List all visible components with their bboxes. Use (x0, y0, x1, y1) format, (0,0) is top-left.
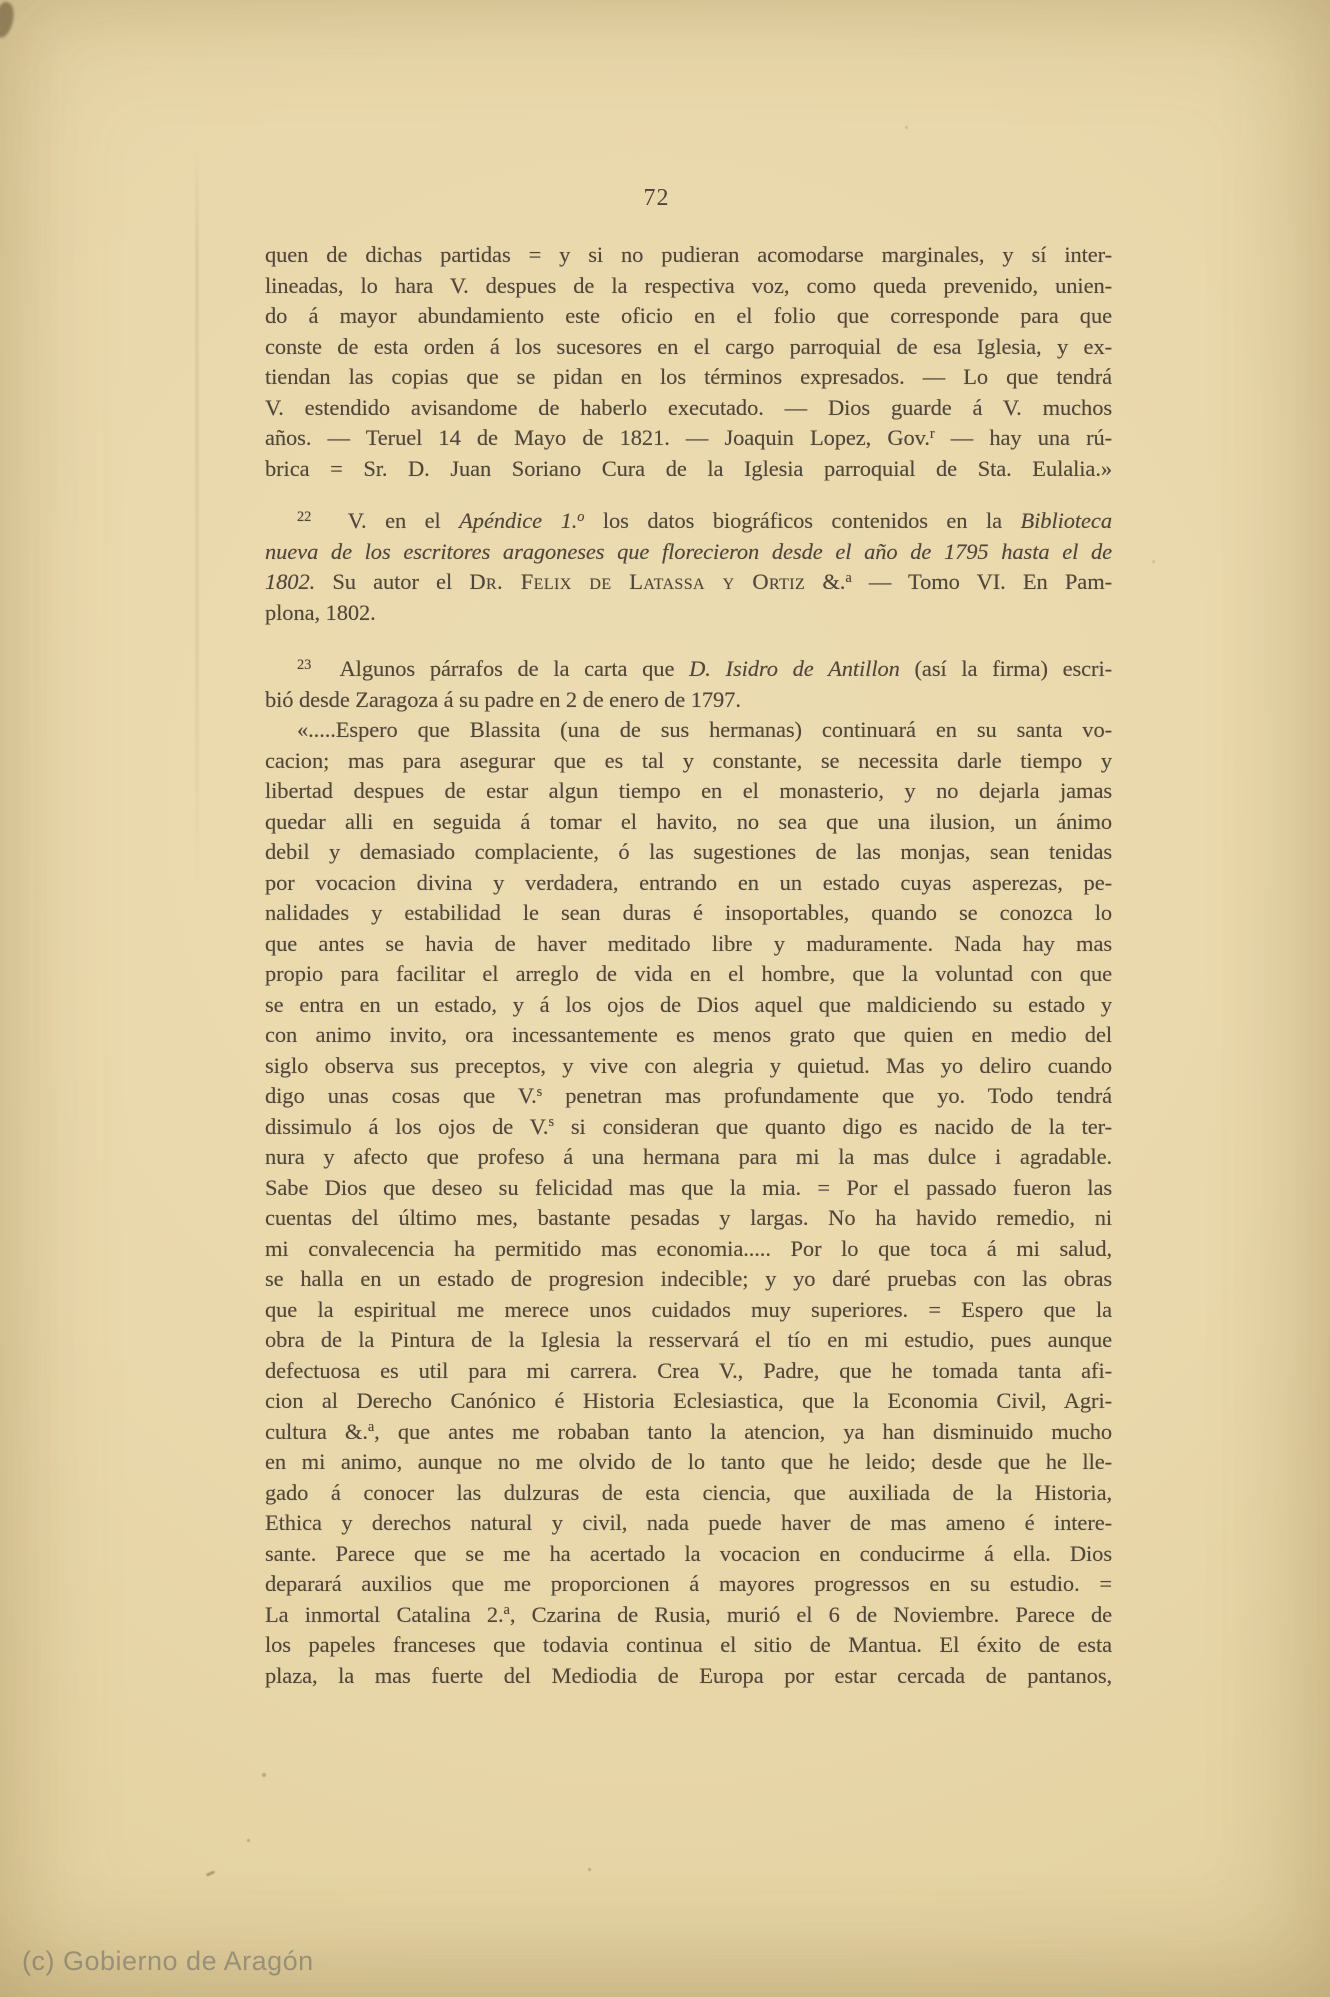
text-segment: plaza, la mas fuerte del Mediodia de Eur… (265, 1663, 1112, 1688)
text-segment: — Tomo VI. En Pam- (852, 569, 1112, 594)
text-segment: propio para facilitar el arreglo de vida… (265, 961, 1112, 986)
text-line: siglo observa sus preceptos, y vive con … (265, 1051, 1112, 1082)
page-number: 72 (233, 185, 1080, 212)
text-line: libertad despues de estar algun tiempo e… (265, 776, 1112, 807)
text-segment: deparará auxilios que me proporcionen á … (265, 1571, 1112, 1596)
book-page-scan: 72 quen de dichas partidas = y si no pud… (0, 0, 1330, 1997)
text-segment: do á mayor abundamiento este oficio en e… (265, 303, 1112, 328)
text-segment: sante. Parece que se me ha acertado la v… (265, 1541, 1112, 1566)
text-line: debil y demasiado complaciente, ó las su… (265, 837, 1112, 868)
text-segment: dissimulo á los ojos de V. (265, 1114, 548, 1139)
paper-speck (262, 1773, 266, 1777)
text-segment: nura y afecto que profeso á una hermana … (265, 1144, 1112, 1169)
text-line: 1802. Su autor el Dr. Felix de Latassa y… (265, 567, 1112, 598)
text-segment: libertad despues de estar algun tiempo e… (265, 778, 1112, 803)
text-line: digo unas cosas que V.s penetran mas pro… (265, 1081, 1112, 1112)
text-segment-i: 1802. (265, 569, 315, 594)
text-segment-sup: s (537, 1084, 543, 1100)
text-segment: , que antes me robaban tanto la atencion… (374, 1419, 1112, 1444)
text-segment: &. (805, 569, 845, 594)
text-segment: quedar alli en seguida á tomar el havito… (265, 809, 1112, 834)
text-segment-sup: 23 (297, 657, 311, 673)
text-line: nalidades y estabilidad le sean duras é … (265, 898, 1112, 929)
text-segment: que antes se havia de haver meditado lib… (265, 931, 1112, 956)
text-segment: cacion; mas para asegurar que es tal y c… (265, 748, 1112, 773)
text-line: cultura &.a, que antes me robaban tanto … (265, 1417, 1112, 1448)
text-segment: gado á conocer las dulzuras de esta cien… (265, 1480, 1112, 1505)
text-line: se entra en un estado, y á los ojos de D… (265, 990, 1112, 1021)
text-segment-i: nueva de los escritores aragoneses que f… (265, 539, 1112, 564)
letter-1797-excerpt: «.....Espero que Blassita (una de sus he… (265, 715, 1112, 1691)
footnote-22: 22 V. en el Apéndice 1.o los datos biogr… (265, 506, 1112, 628)
text-segment-sup: a (504, 1602, 510, 1618)
text-segment: , Czarina de Rusia, murió el 6 de Noviem… (510, 1602, 1112, 1627)
text-segment-isup: o (577, 509, 584, 525)
text-segment: penetran mas profundamente que yo. Todo … (542, 1083, 1112, 1108)
text-segment: si consideran que quanto digo es nacido … (554, 1114, 1112, 1139)
text-segment: lineadas, lo hara V. despues de la respe… (265, 273, 1112, 298)
text-line: en mi animo, aunque no me olvido de lo t… (265, 1447, 1112, 1478)
text-segment: bió desde Zaragoza á su padre en 2 de en… (265, 687, 741, 712)
text-line: do á mayor abundamiento este oficio en e… (265, 301, 1112, 332)
text-segment-sup: a (368, 1419, 374, 1435)
text-segment: brica = Sr. D. Juan Soriano Cura de la I… (265, 456, 1112, 481)
text-line: tiendan las copias que se pidan en los t… (265, 362, 1112, 393)
text-line: plaza, la mas fuerte del Mediodia de Eur… (265, 1661, 1112, 1692)
text-segment: en mi animo, aunque no me olvido de lo t… (265, 1449, 1112, 1474)
text-segment: V. en el (311, 508, 459, 533)
text-segment: plona, 1802. (265, 600, 376, 625)
text-segment: con animo invito, ora incessantemente es… (265, 1022, 1112, 1047)
text-segment: siglo observa sus preceptos, y vive con … (265, 1053, 1112, 1078)
text-segment: Algunos párrafos de la carta que (311, 656, 689, 681)
text-line: cion al Derecho Canónico é Historia Ecle… (265, 1386, 1112, 1417)
text-segment-i: D. Isidro de Antillon (689, 656, 900, 681)
text-line: los papeles franceses que todavia contin… (265, 1630, 1112, 1661)
footnote-23-intro: 23 Algunos párrafos de la carta que D. I… (265, 654, 1112, 715)
text-segment-sup: r (930, 426, 935, 442)
text-line: bió desde Zaragoza á su padre en 2 de en… (265, 685, 1112, 716)
letter-1821-continuation: quen de dichas partidas = y si no pudier… (265, 240, 1112, 484)
text-line: cacion; mas para asegurar que es tal y c… (265, 746, 1112, 777)
text-segment: se halla en un estado de progresion inde… (265, 1266, 1112, 1291)
text-segment: cultura &. (265, 1419, 368, 1444)
text-segment: años. — Teruel 14 de Mayo de 1821. — Joa… (265, 425, 930, 450)
text-line: años. — Teruel 14 de Mayo de 1821. — Joa… (265, 423, 1112, 454)
paper-speck (206, 1870, 215, 1877)
text-segment: cuentas del último mes, bastante pesadas… (265, 1205, 1112, 1230)
scan-corner-blemish (0, 0, 18, 40)
paper-speck (905, 126, 908, 129)
text-segment: obra de la Pintura de la Iglesia la ress… (265, 1327, 1112, 1352)
text-segment-i: Biblioteca (1021, 508, 1112, 533)
text-line: cuentas del último mes, bastante pesadas… (265, 1203, 1112, 1234)
text-segment: nalidades y estabilidad le sean duras é … (265, 900, 1112, 925)
text-line: mi convalecencia ha permitido mas econom… (265, 1234, 1112, 1265)
text-line: brica = Sr. D. Juan Soriano Cura de la I… (265, 454, 1112, 485)
text-segment-sup: s (548, 1114, 554, 1130)
text-line: 23 Algunos párrafos de la carta que D. I… (265, 654, 1112, 685)
paper-crease (196, 150, 198, 890)
text-segment: «.....Espero que Blassita (una de sus he… (297, 717, 1112, 742)
text-line: dissimulo á los ojos de V.s si considera… (265, 1112, 1112, 1143)
text-segment: defectuosa es util para mi carrera. Crea… (265, 1358, 1112, 1383)
text-line: conste de esta orden á los sucesores en … (265, 332, 1112, 363)
copyright-watermark: (c) Gobierno de Aragón (22, 1946, 314, 1977)
text-line: La inmortal Catalina 2.a, Czarina de Rus… (265, 1600, 1112, 1631)
text-segment: los papeles franceses que todavia contin… (265, 1632, 1112, 1657)
text-line: defectuosa es util para mi carrera. Crea… (265, 1356, 1112, 1387)
paper-speck (588, 1868, 591, 1871)
text-line: gado á conocer las dulzuras de esta cien… (265, 1478, 1112, 1509)
text-segment: digo unas cosas que V. (265, 1083, 537, 1108)
text-segment: tiendan las copias que se pidan en los t… (265, 364, 1112, 389)
text-segment: Sabe Dios que deseo su felicidad mas que… (265, 1175, 1112, 1200)
text-line: 22 V. en el Apéndice 1.o los datos biogr… (265, 506, 1112, 537)
text-segment: por vocacion divina y verdadera, entrand… (265, 870, 1112, 895)
text-line: obra de la Pintura de la Iglesia la ress… (265, 1325, 1112, 1356)
text-line: V. estendido avisandome de haberlo execu… (265, 393, 1112, 424)
text-segment-sc: Dr. Felix de Latassa y Ortiz (469, 569, 805, 594)
text-line: propio para facilitar el arreglo de vida… (265, 959, 1112, 990)
text-block: quen de dichas partidas = y si no pudier… (265, 240, 1112, 1691)
text-segment: se entra en un estado, y á los ojos de D… (265, 992, 1112, 1017)
text-segment: mi convalecencia ha permitido mas econom… (265, 1236, 1112, 1261)
text-line: quedar alli en seguida á tomar el havito… (265, 807, 1112, 838)
text-segment: V. estendido avisandome de haberlo execu… (265, 395, 1112, 420)
text-line: Ethica y derechos natural y civil, nada … (265, 1508, 1112, 1539)
text-segment-sup: 22 (297, 509, 311, 525)
text-line: sante. Parece que se me ha acertado la v… (265, 1539, 1112, 1570)
text-segment: Su autor el (315, 569, 469, 594)
text-line: con animo invito, ora incessantemente es… (265, 1020, 1112, 1051)
text-segment: Ethica y derechos natural y civil, nada … (265, 1510, 1112, 1535)
text-line: deparará auxilios que me proporcionen á … (265, 1569, 1112, 1600)
text-line: Sabe Dios que deseo su felicidad mas que… (265, 1173, 1112, 1204)
text-segment-i: Apéndice 1. (459, 508, 577, 533)
text-segment: quen de dichas partidas = y si no pudier… (265, 242, 1112, 267)
paper-speck (247, 1839, 250, 1842)
text-line: «.....Espero que Blassita (una de sus he… (265, 715, 1112, 746)
text-line: nueva de los escritores aragoneses que f… (265, 537, 1112, 568)
text-segment: que la espiritual me merece unos cuidado… (265, 1297, 1112, 1322)
text-line: que la espiritual me merece unos cuidado… (265, 1295, 1112, 1326)
text-segment: — hay una rú- (935, 425, 1112, 450)
text-segment: (así la firma) escri- (900, 656, 1112, 681)
text-segment: los datos biográficos contenidos en la (584, 508, 1020, 533)
text-segment: La inmortal Catalina 2. (265, 1602, 504, 1627)
text-line: quen de dichas partidas = y si no pudier… (265, 240, 1112, 271)
text-line: plona, 1802. (265, 598, 1112, 629)
text-line: por vocacion divina y verdadera, entrand… (265, 868, 1112, 899)
text-segment-sup: a (845, 570, 851, 586)
text-line: nura y afecto que profeso á una hermana … (265, 1142, 1112, 1173)
text-segment: cion al Derecho Canónico é Historia Ecle… (265, 1388, 1112, 1413)
text-segment: debil y demasiado complaciente, ó las su… (265, 839, 1112, 864)
text-line: lineadas, lo hara V. despues de la respe… (265, 271, 1112, 302)
text-line: que antes se havia de haver meditado lib… (265, 929, 1112, 960)
text-segment: conste de esta orden á los sucesores en … (265, 334, 1112, 359)
text-line: se halla en un estado de progresion inde… (265, 1264, 1112, 1295)
paper-speck (1152, 560, 1155, 563)
